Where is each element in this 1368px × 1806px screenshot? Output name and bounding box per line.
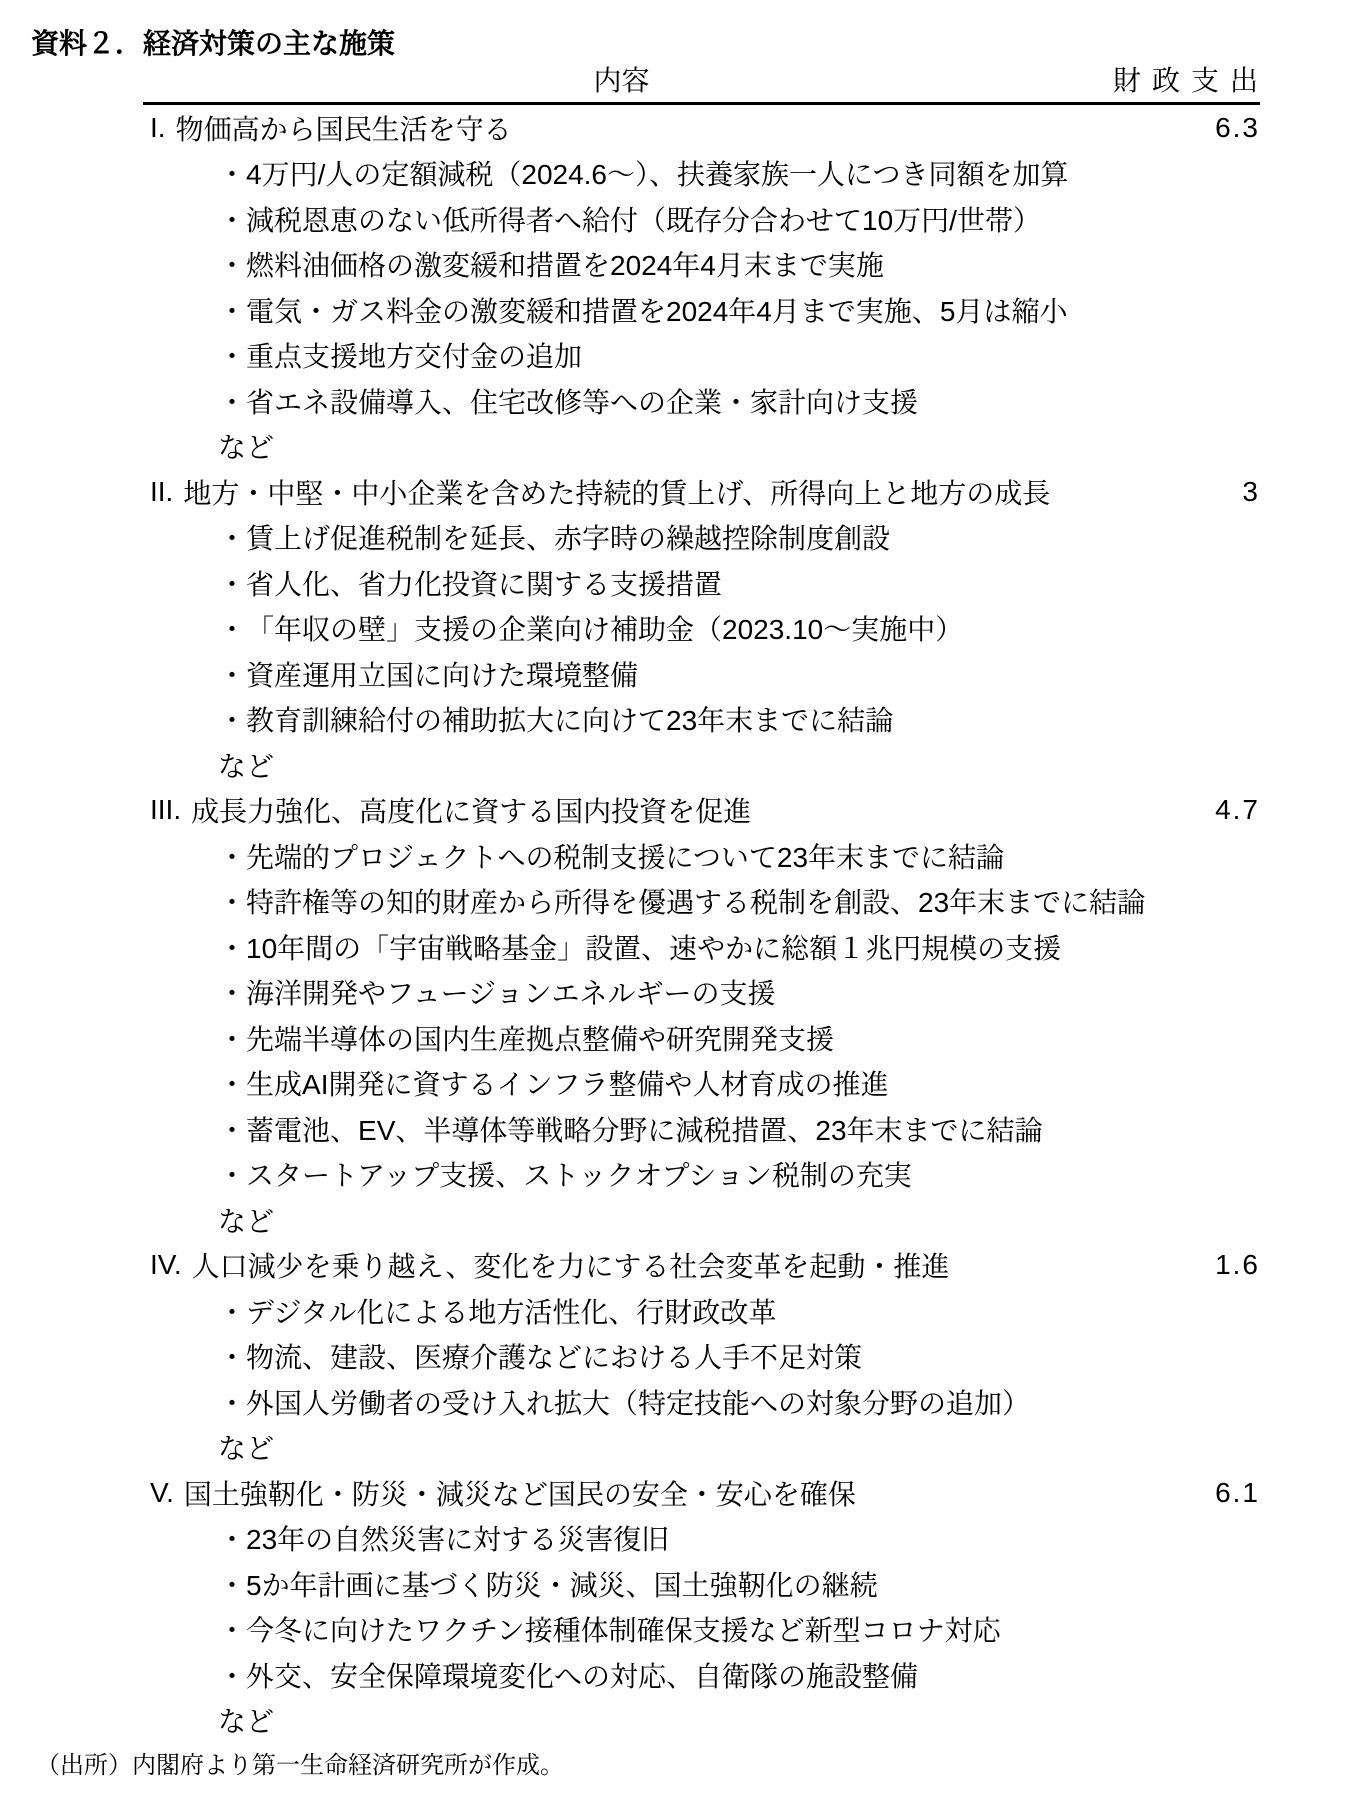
measure-text: 外交、安全保障環境変化への対応、自衛隊の施設整備	[246, 1655, 918, 1695]
bullet-icon: ・	[218, 290, 246, 330]
measure-text: 生成AI開発に資するインフラ整備や人材育成の推進	[246, 1063, 888, 1103]
table-row-etc: など	[143, 1197, 1260, 1243]
bullet-icon: ・	[218, 1336, 246, 1376]
bullet-icon: ・	[218, 381, 246, 421]
section-numeral: I.	[150, 112, 166, 144]
section-row-4: IV. 人口減少を乗り越え、変化を力にする社会変革を起動・推進 1.6	[143, 1243, 1260, 1289]
bullet-icon: ・	[218, 881, 246, 921]
bullet-icon: ・	[218, 199, 246, 239]
bullet-icon: ・	[218, 1063, 246, 1103]
table-row: ・ 燃料油価格の激変緩和措置を2024年4月末まで実施	[143, 242, 1260, 288]
measure-text: 賃上げ促進税制を延長、赤字時の繰越控除制度創設	[246, 517, 890, 557]
table-row: ・ 特許権等の知的財産から所得を優遇する税制を創設、23年末までに結論	[143, 879, 1260, 925]
bullet-icon: ・	[218, 654, 246, 694]
table-row-etc: など	[143, 1698, 1260, 1744]
measure-text: 4万円/人の定額減税（2024.6～）、扶養家族一人につき同額を加算	[246, 153, 1068, 193]
measure-text: 燃料油価格の激変緩和措置を2024年4月末まで実施	[246, 244, 884, 284]
section-numeral: III.	[150, 794, 181, 826]
table-row: ・ 生成AI開発に資するインフラ整備や人材育成の推進	[143, 1061, 1260, 1107]
measure-text: 物流、建設、医療介護などにおける人手不足対策	[246, 1336, 862, 1376]
table-row: ・ 蓄電池、EV、半導体等戦略分野に減税措置、23年末までに結論	[143, 1106, 1260, 1152]
table-row: ・ 電気・ガス料金の激変緩和措置を2024年4月まで実施、5月は縮小	[143, 287, 1260, 333]
measure-text: 蓄電池、EV、半導体等戦略分野に減税措置、23年末までに結論	[246, 1109, 1043, 1149]
document-page: 資料２．経済対策の主な施策 内容 財政支出 I. 物価高から国民生活を守る 6.…	[0, 0, 1368, 1806]
bullet-icon: ・	[218, 1382, 246, 1422]
etc-label: など	[218, 1427, 274, 1467]
section-row-3: III. 成長力強化、高度化に資する国内投資を促進 4.7	[143, 788, 1260, 834]
bullet-icon: ・	[218, 608, 246, 648]
measure-text: 5か年計画に基づく防災・減災、国土強靭化の継続	[246, 1564, 878, 1604]
etc-label: など	[218, 426, 274, 466]
table-row: ・ 物流、建設、医療介護などにおける人手不足対策	[143, 1334, 1260, 1380]
measure-text: 教育訓練給付の補助拡大に向けて23年末までに結論	[246, 699, 893, 739]
etc-label: など	[218, 745, 274, 785]
table-row: ・ 資産運用立国に向けた環境整備	[143, 651, 1260, 697]
section-row-1: I. 物価高から国民生活を守る 6.3	[143, 105, 1260, 151]
table-row: ・ 23年の自然災害に対する災害復旧	[143, 1516, 1260, 1562]
measure-text: デジタル化による地方活性化、行財政改革	[246, 1291, 776, 1331]
measure-text: 電気・ガス料金の激変緩和措置を2024年4月まで実施、5月は縮小	[246, 290, 1067, 330]
bullet-icon: ・	[218, 563, 246, 603]
table-row: ・ 賃上げ促進税制を延長、赤字時の繰越控除制度創設	[143, 515, 1260, 561]
measure-text: 海洋開発やフュージョンエネルギーの支援	[246, 972, 775, 1012]
table-row: ・ 4万円/人の定額減税（2024.6～）、扶養家族一人につき同額を加算	[143, 151, 1260, 197]
measure-text: 23年の自然災害に対する災害復旧	[246, 1518, 669, 1558]
measure-text: 「年収の壁」支援の企業向け補助金（2023.10～実施中）	[246, 608, 963, 648]
measure-text: 省人化、省力化投資に関する支援措置	[246, 563, 722, 603]
table-row-etc: など	[143, 742, 1260, 788]
measure-text: 重点支援地方交付金の追加	[246, 335, 582, 375]
bullet-icon: ・	[218, 1154, 246, 1194]
section-row-2: II. 地方・中堅・中小企業を含めた持続的賃上げ、所得向上と地方の成長 3	[143, 469, 1260, 515]
table-row: ・ 省人化、省力化投資に関する支援措置	[143, 560, 1260, 606]
table-row: ・ 教育訓練給付の補助拡大に向けて23年末までに結論	[143, 697, 1260, 743]
bullet-icon: ・	[218, 1609, 246, 1649]
table-row-etc: など	[143, 1425, 1260, 1471]
etc-label: など	[218, 1200, 274, 1240]
bullet-icon: ・	[218, 836, 246, 876]
expenditure-value: 6.1	[1100, 1477, 1260, 1509]
column-header-content: 内容	[143, 59, 1100, 99]
section-numeral: V.	[150, 1477, 174, 1509]
bullet-icon: ・	[218, 972, 246, 1012]
bullet-icon: ・	[218, 1564, 246, 1604]
section-title: 人口減少を乗り越え、変化を力にする社会変革を起動・推進	[192, 1245, 950, 1285]
bullet-icon: ・	[218, 1518, 246, 1558]
table-row: ・ 重点支援地方交付金の追加	[143, 333, 1260, 379]
expenditure-value: 1.6	[1100, 1249, 1260, 1281]
column-header-expenditure-label: 財政支出	[1113, 59, 1269, 99]
section-numeral: II.	[150, 476, 173, 508]
measure-text: 先端半導体の国内生産拠点整備や研究開発支援	[246, 1018, 834, 1058]
measure-text: 今冬に向けたワクチン接種体制確保支援など新型コロナ対応	[246, 1609, 1001, 1649]
table-row: ・ 減税恩恵のない低所得者へ給付（既存分合わせて10万円/世帯）	[143, 196, 1260, 242]
table-row-etc: など	[143, 424, 1260, 470]
bullet-icon: ・	[218, 1655, 246, 1695]
bullet-icon: ・	[218, 1291, 246, 1331]
expenditure-value: 4.7	[1100, 794, 1260, 826]
section-title: 地方・中堅・中小企業を含めた持続的賃上げ、所得向上と地方の成長	[183, 472, 1050, 512]
table-row: ・ 先端的プロジェクトへの税制支援について23年末までに結論	[143, 833, 1260, 879]
bullet-icon: ・	[218, 699, 246, 739]
measure-text: 減税恩恵のない低所得者へ給付（既存分合わせて10万円/世帯）	[246, 199, 1041, 239]
section-title: 物価高から国民生活を守る	[176, 108, 512, 148]
table-body: I. 物価高から国民生活を守る 6.3 ・ 4万円/人の定額減税（2024.6～…	[143, 105, 1260, 1743]
bullet-icon: ・	[218, 335, 246, 375]
table-row: ・ 10年間の「宇宙戦略基金」設置、速やかに総額１兆円規模の支援	[143, 924, 1260, 970]
table-row: ・ スタートアップ支援、ストックオプション税制の充実	[143, 1152, 1260, 1198]
expenditure-value: 6.3	[1100, 112, 1260, 144]
table-row: ・ 外国人労働者の受け入れ拡大（特定技能への対象分野の追加）	[143, 1379, 1260, 1425]
table-row: ・ デジタル化による地方活性化、行財政改革	[143, 1288, 1260, 1334]
bullet-icon: ・	[218, 927, 246, 967]
bullet-icon: ・	[218, 244, 246, 284]
column-header-expenditure: 財政支出	[1100, 59, 1260, 99]
section-numeral: IV.	[150, 1249, 182, 1281]
table-row: ・ 今冬に向けたワクチン接種体制確保支援など新型コロナ対応	[143, 1607, 1260, 1653]
table-row: ・ 5か年計画に基づく防災・減災、国土強靭化の継続	[143, 1561, 1260, 1607]
table-row: ・ 海洋開発やフュージョンエネルギーの支援	[143, 970, 1260, 1016]
measure-text: 特許権等の知的財産から所得を優遇する税制を創設、23年末までに結論	[246, 881, 1145, 921]
measure-text: 先端的プロジェクトへの税制支援について23年末までに結論	[246, 836, 1004, 876]
measure-text: 10年間の「宇宙戦略基金」設置、速やかに総額１兆円規模の支援	[246, 927, 1061, 967]
table-row: ・ 省エネ設備導入、住宅改修等への企業・家計向け支援	[143, 378, 1260, 424]
section-row-5: V. 国土強靭化・防災・減災など国民の安全・安心を確保 6.1	[143, 1470, 1260, 1516]
source-note: （出所）内閣府より第一生命経済研究所が作成。	[36, 1745, 564, 1780]
expenditure-value: 3	[1100, 476, 1260, 508]
bullet-icon: ・	[218, 153, 246, 193]
table-row: ・ 「年収の壁」支援の企業向け補助金（2023.10～実施中）	[143, 606, 1260, 652]
measure-text: スタートアップ支援、ストックオプション税制の充実	[246, 1154, 912, 1194]
measure-text: 外国人労働者の受け入れ拡大（特定技能への対象分野の追加）	[246, 1382, 1030, 1422]
bullet-icon: ・	[218, 1018, 246, 1058]
bullet-icon: ・	[218, 1109, 246, 1149]
etc-label: など	[218, 1700, 274, 1740]
measure-text: 資産運用立国に向けた環境整備	[246, 654, 638, 694]
section-title: 国土強靭化・防災・減災など国民の安全・安心を確保	[184, 1473, 856, 1513]
policy-table: 内容 財政支出 I. 物価高から国民生活を守る 6.3 ・ 4万円/人の定額減税…	[143, 55, 1260, 1743]
table-row: ・ 先端半導体の国内生産拠点整備や研究開発支援	[143, 1015, 1260, 1061]
bullet-icon: ・	[218, 517, 246, 557]
measure-text: 省エネ設備導入、住宅改修等への企業・家計向け支援	[246, 381, 918, 421]
section-title: 成長力強化、高度化に資する国内投資を促進	[191, 790, 751, 830]
table-row: ・ 外交、安全保障環境変化への対応、自衛隊の施設整備	[143, 1652, 1260, 1698]
table-header-row: 内容 財政支出	[143, 55, 1260, 105]
